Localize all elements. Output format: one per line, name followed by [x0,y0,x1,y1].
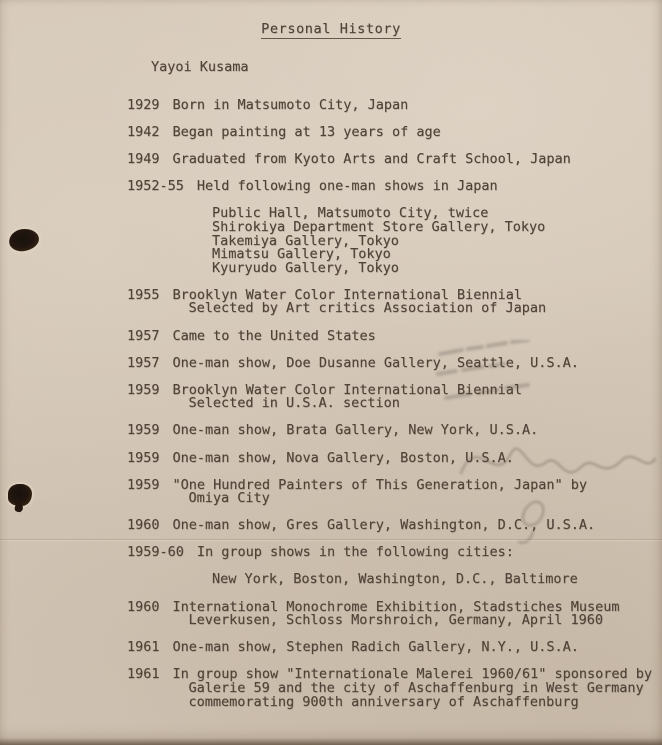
cities-item: New York, Boston, Washington, D.C., Balt… [212,573,654,587]
entry-text: One-man show, Brata Gallery, New York, U… [173,424,654,438]
history-entry: 1952-55 Held following one-man shows in … [127,180,654,194]
entry-text: One-man show, Nova Gallery, Boston, U.S.… [173,452,654,466]
entry-year: 1961 [127,641,160,655]
history-entry: 1960 One-man show, Gres Gallery, Washing… [127,519,654,533]
entry-year: 1952-55 [127,180,184,194]
scanned-document-page: Personal History Yayoi Kusama 1929 Born … [0,0,662,745]
entry-year: 1957 [127,330,160,344]
history-entry: 1929 Born in Matsumoto City, Japan [127,99,654,113]
entry-text-continuation: commemorating 900th anniversary of Ascha… [173,696,654,710]
entry-text: Began painting at 13 years of age [173,126,654,140]
entry-year: 1961 [127,668,160,682]
author-name: Yayoi Kusama [151,59,249,75]
history-list: 1929 Born in Matsumoto City, Japan 1942 … [127,99,654,723]
entry-year: 1929 [127,99,160,113]
history-entry: 1942 Began painting at 13 years of age [127,126,654,140]
history-entry: 1960 International Monochrome Exhibition… [127,601,654,628]
entry-year: 1960 [127,519,160,533]
entry-year: 1959 [127,452,160,466]
history-entry: 1955 Brooklyn Water Color International … [127,289,654,316]
entry-text-continuation: Omiya City [173,492,654,506]
entry-text: Graduated from Kyoto Arts and Craft Scho… [173,153,654,167]
history-entry: 1959 One-man show, Nova Gallery, Boston,… [127,452,654,466]
entry-text: Born in Matsumoto City, Japan [173,99,654,113]
entry-year: 1959 [127,479,160,493]
page-bottom-edge [0,738,662,745]
entry-year: 1960 [127,601,160,615]
entry-text: Came to the United States [173,330,654,344]
cities-list: New York, Boston, Washington, D.C., Balt… [212,573,654,587]
entry-text-continuation: Selected by Art critics Association of J… [173,302,654,316]
entry-year: 1949 [127,153,160,167]
history-entry: 1961 In group show "Internationale Maler… [127,668,654,709]
entry-text-continuation: Selected in U.S.A. section [173,397,654,411]
entry-text: One-man show, Gres Gallery, Washington, … [173,519,654,533]
history-entry: 1959 One-man show, Brata Gallery, New Yo… [127,424,654,438]
hole-punch-mark [8,484,32,506]
history-entry: 1961 One-man show, Stephen Radich Galler… [127,641,654,655]
history-entry: 1957 Came to the United States [127,330,654,344]
venue-list: Public Hall, Matsumoto City, twice Shiro… [212,207,654,275]
history-entry: 1949 Graduated from Kyoto Arts and Craft… [127,153,654,167]
entry-text: One-man show, Doe Dusanne Gallery, Seatt… [173,357,654,371]
entry-year: 1955 [127,289,160,303]
history-entry: 1957 One-man show, Doe Dusanne Gallery, … [127,357,654,371]
entry-year: 1959-60 [127,546,184,560]
entry-text: One-man show, Stephen Radich Gallery, N.… [173,641,654,655]
entry-text: In group shows in the following cities: [197,546,654,560]
entry-year: 1959 [127,384,160,398]
entry-year: 1959 [127,424,160,438]
hole-punch-mark [8,227,40,252]
venue-item: Kyuryudo Gallery, Tokyo [212,262,654,276]
page-title-text: Personal History [261,21,401,39]
entry-text: Held following one-man shows in Japan [197,180,654,194]
history-entry: 1959 Brooklyn Water Color International … [127,384,654,411]
history-entry: 1959-60 In group shows in the following … [127,546,654,560]
history-entry: 1959 "One Hundred Painters of This Gener… [127,479,654,506]
entry-year: 1942 [127,126,160,140]
page-title: Personal History [0,21,662,37]
entry-year: 1957 [127,357,160,371]
entry-text-continuation: Leverkusen, Schloss Morshroich, Germany,… [173,614,654,628]
